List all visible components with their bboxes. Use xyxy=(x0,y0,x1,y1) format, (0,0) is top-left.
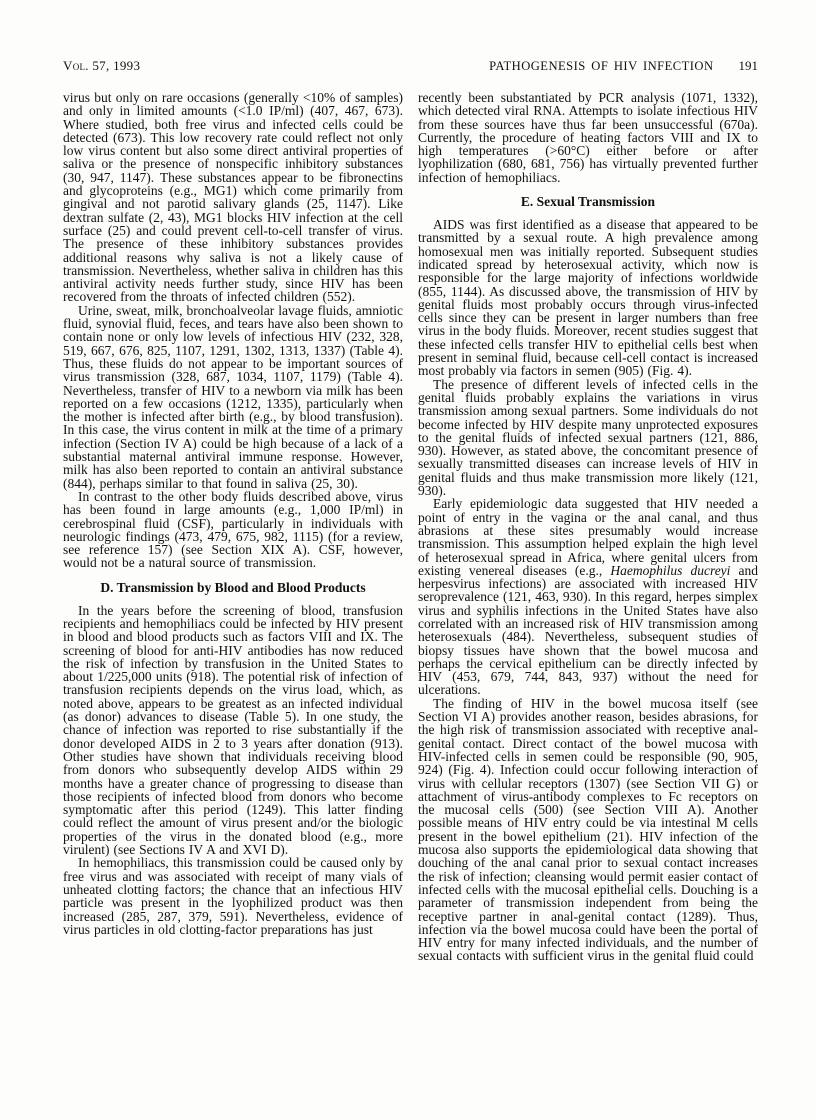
text-run: In contrast to the other body fluids des… xyxy=(63,489,403,570)
text-run: AIDS was first identified as a disease t… xyxy=(418,217,758,378)
text-run: The presence of different levels of infe… xyxy=(418,377,758,498)
journal-page: Vol. 57, 1993 Pathogenesis of HIV Infect… xyxy=(0,0,816,1120)
text-run: and herpesvirus infections) are associat… xyxy=(418,563,758,698)
body-paragraph: Early epidemiologic data suggested that … xyxy=(418,497,758,696)
body-paragraph: In hemophiliacs, this transmission could… xyxy=(63,856,403,936)
body-paragraph: virus but only on rare occasions (genera… xyxy=(63,91,403,304)
section-heading: E. Sexual Transmission xyxy=(418,195,758,209)
text-run: Urine, sweat, milk, bronchoalveolar lava… xyxy=(63,303,403,491)
text-run: In hemophiliacs, this transmission could… xyxy=(63,855,403,936)
two-column-body: virus but only on rare occasions (genera… xyxy=(63,91,758,963)
body-paragraph: The finding of HIV in the bowel mucosa i… xyxy=(418,697,758,963)
text-run: In the years before the screening of blo… xyxy=(63,603,403,857)
body-paragraph: AIDS was first identified as a disease t… xyxy=(418,218,758,378)
section-heading: D. Transmission by Blood and Blood Produ… xyxy=(63,581,403,595)
body-paragraph: In contrast to the other body fluids des… xyxy=(63,490,403,570)
body-paragraph: In the years before the screening of blo… xyxy=(63,604,403,857)
volume-issue-label: Vol. 57, 1993 xyxy=(63,58,140,74)
right-column: recently been substantiated by PCR analy… xyxy=(418,91,758,963)
running-head-title: Pathogenesis of HIV Infection xyxy=(489,59,713,74)
text-run: virus but only on rare occasions (genera… xyxy=(63,90,403,304)
running-head-group: Pathogenesis of HIV Infection 191 xyxy=(489,58,758,74)
page-header: Vol. 57, 1993 Pathogenesis of HIV Infect… xyxy=(63,58,758,74)
body-paragraph: Urine, sweat, milk, bronchoalveolar lava… xyxy=(63,304,403,490)
page-number: 191 xyxy=(739,58,759,74)
body-paragraph: recently been substantiated by PCR analy… xyxy=(418,91,758,184)
text-run: The finding of HIV in the bowel mucosa i… xyxy=(418,696,758,964)
text-run: recently been substantiated by PCR analy… xyxy=(418,90,758,185)
left-column: virus but only on rare occasions (genera… xyxy=(63,91,403,963)
body-paragraph: The presence of different levels of infe… xyxy=(418,378,758,498)
